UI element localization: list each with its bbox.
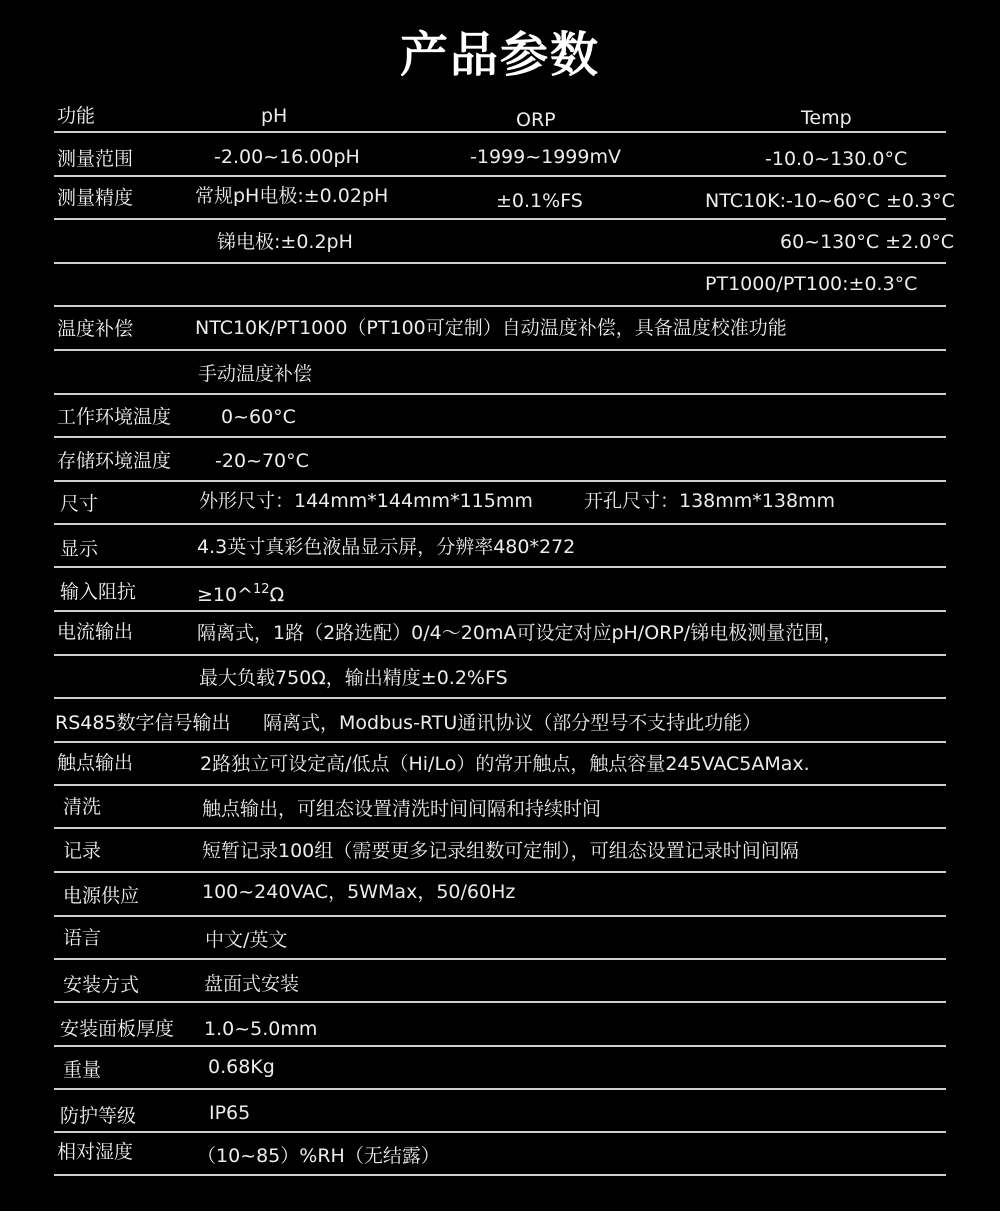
divider <box>54 1174 946 1176</box>
divider <box>54 218 946 220</box>
divider <box>54 697 946 699</box>
row-label-install: 安装方式 <box>63 976 139 995</box>
divider <box>54 436 946 438</box>
row-label-relay: 触点输出 <box>57 754 133 773</box>
row-label-current-out: 电流输出 <box>57 623 133 642</box>
range-ph: -2.00~16.00pH <box>214 148 360 167</box>
temp-comp-manual: 手动温度补偿 <box>198 365 312 384</box>
divider <box>54 915 946 917</box>
header-function-label: 功能 <box>57 107 95 126</box>
weight-value: 0.68Kg <box>208 1058 275 1077</box>
divider <box>54 480 946 482</box>
divider <box>54 523 946 525</box>
row-label-display: 显示 <box>60 540 98 559</box>
current-out-value-1: 隔离式，1路（2路选配）0/4～20mA可设定对应pH/ORP/锑电极测量范围， <box>197 624 842 643</box>
language-value: 中文/英文 <box>205 931 287 950</box>
accuracy-temp-high: 60~130°C ±2.0°C <box>780 233 954 252</box>
divider <box>54 566 946 568</box>
size-outer: 外形尺寸：144mm*144mm*115mm <box>199 492 533 511</box>
divider <box>54 175 946 177</box>
range-temp: -10.0~130.0°C <box>765 150 907 169</box>
row-label-language: 语言 <box>63 929 101 948</box>
install-value: 盘面式安装 <box>204 975 299 994</box>
size-cutout: 开孔尺寸：138mm*138mm <box>584 492 835 511</box>
divider <box>54 871 946 873</box>
panel-value: 1.0~5.0mm <box>204 1020 317 1039</box>
divider <box>54 1131 946 1133</box>
row-label-rs485: RS485数字信号输出 <box>55 714 231 733</box>
row-label-protection: 防护等级 <box>60 1107 136 1126</box>
storage-temp-value: -20~70°C <box>215 452 309 471</box>
divider <box>54 1045 946 1047</box>
row-label-range: 测量范围 <box>57 150 133 169</box>
divider <box>54 610 946 612</box>
impedance-value: ≥10^12Ω <box>197 583 284 605</box>
divider <box>54 1001 946 1003</box>
relay-value: 2路独立可设定高/低点（Hi/Lo）的常开触点，触点容量245VAC5AMax. <box>200 755 810 774</box>
impedance-prefix: ≥10^ <box>197 584 253 606</box>
impedance-unit: Ω <box>270 584 285 606</box>
work-temp-value: 0~60°C <box>221 408 296 427</box>
divider <box>54 305 946 307</box>
humidity-value: （10~85）%RH（无结露） <box>197 1147 440 1166</box>
current-out-value-2: 最大负载750Ω，输出精度±0.2%FS <box>199 669 508 688</box>
divider <box>54 827 946 829</box>
divider <box>54 654 946 656</box>
divider <box>54 393 946 395</box>
header-ph: pH <box>261 107 287 126</box>
row-label-record: 记录 <box>63 842 101 861</box>
row-label-weight: 重量 <box>63 1061 101 1080</box>
divider <box>54 741 946 743</box>
row-label-clean: 清洗 <box>63 798 101 817</box>
divider <box>54 131 946 133</box>
row-label-power: 电源供应 <box>63 887 139 906</box>
accuracy-orp: ±0.1%FS <box>496 192 583 211</box>
row-label-storage-temp: 存储环境温度 <box>57 452 171 471</box>
impedance-exponent: 12 <box>253 582 270 597</box>
header-temp: Temp <box>801 109 852 128</box>
divider <box>54 349 946 351</box>
divider <box>54 958 946 960</box>
divider <box>54 1088 946 1090</box>
accuracy-temp-pt: PT1000/PT100:±0.3°C <box>705 275 917 294</box>
record-value: 短暂记录100组（需要更多记录组数可定制），可组态设置记录时间间隔 <box>202 842 799 861</box>
protection-value: IP65 <box>209 1104 250 1123</box>
range-orp: -1999~1999mV <box>470 148 621 167</box>
header-orp: ORP <box>516 111 556 130</box>
row-label-accuracy: 测量精度 <box>57 189 133 208</box>
row-label-work-temp: 工作环境温度 <box>57 408 171 427</box>
accuracy-ph-standard: 常规pH电极:±0.02pH <box>195 187 388 206</box>
accuracy-temp-ntc: NTC10K:-10~60°C ±0.3°C <box>705 192 955 211</box>
rs485-value: 隔离式，Modbus-RTU通讯协议（部分型号不支持此功能） <box>263 714 761 733</box>
page-title: 产品参数 <box>0 16 1000 85</box>
row-label-humidity: 相对湿度 <box>57 1143 133 1162</box>
row-label-impedance: 输入阻抗 <box>60 583 136 602</box>
row-label-panel: 安装面板厚度 <box>60 1020 174 1039</box>
divider <box>54 262 946 264</box>
row-label-size: 尺寸 <box>60 495 98 514</box>
accuracy-ph-antimony: 锑电极:±0.2pH <box>217 233 353 252</box>
temp-comp-auto: NTC10K/PT1000（PT100可定制）自动温度补偿，具备温度校准功能 <box>195 319 787 338</box>
clean-value: 触点输出，可组态设置清洗时间间隔和持续时间 <box>202 800 601 819</box>
row-label-temp-comp: 温度补偿 <box>57 320 133 339</box>
display-value: 4.3英寸真彩色液晶显示屏，分辨率480*272 <box>197 538 575 557</box>
divider <box>54 784 946 786</box>
power-value: 100~240VAC，5WMax，50/60Hz <box>202 883 515 902</box>
